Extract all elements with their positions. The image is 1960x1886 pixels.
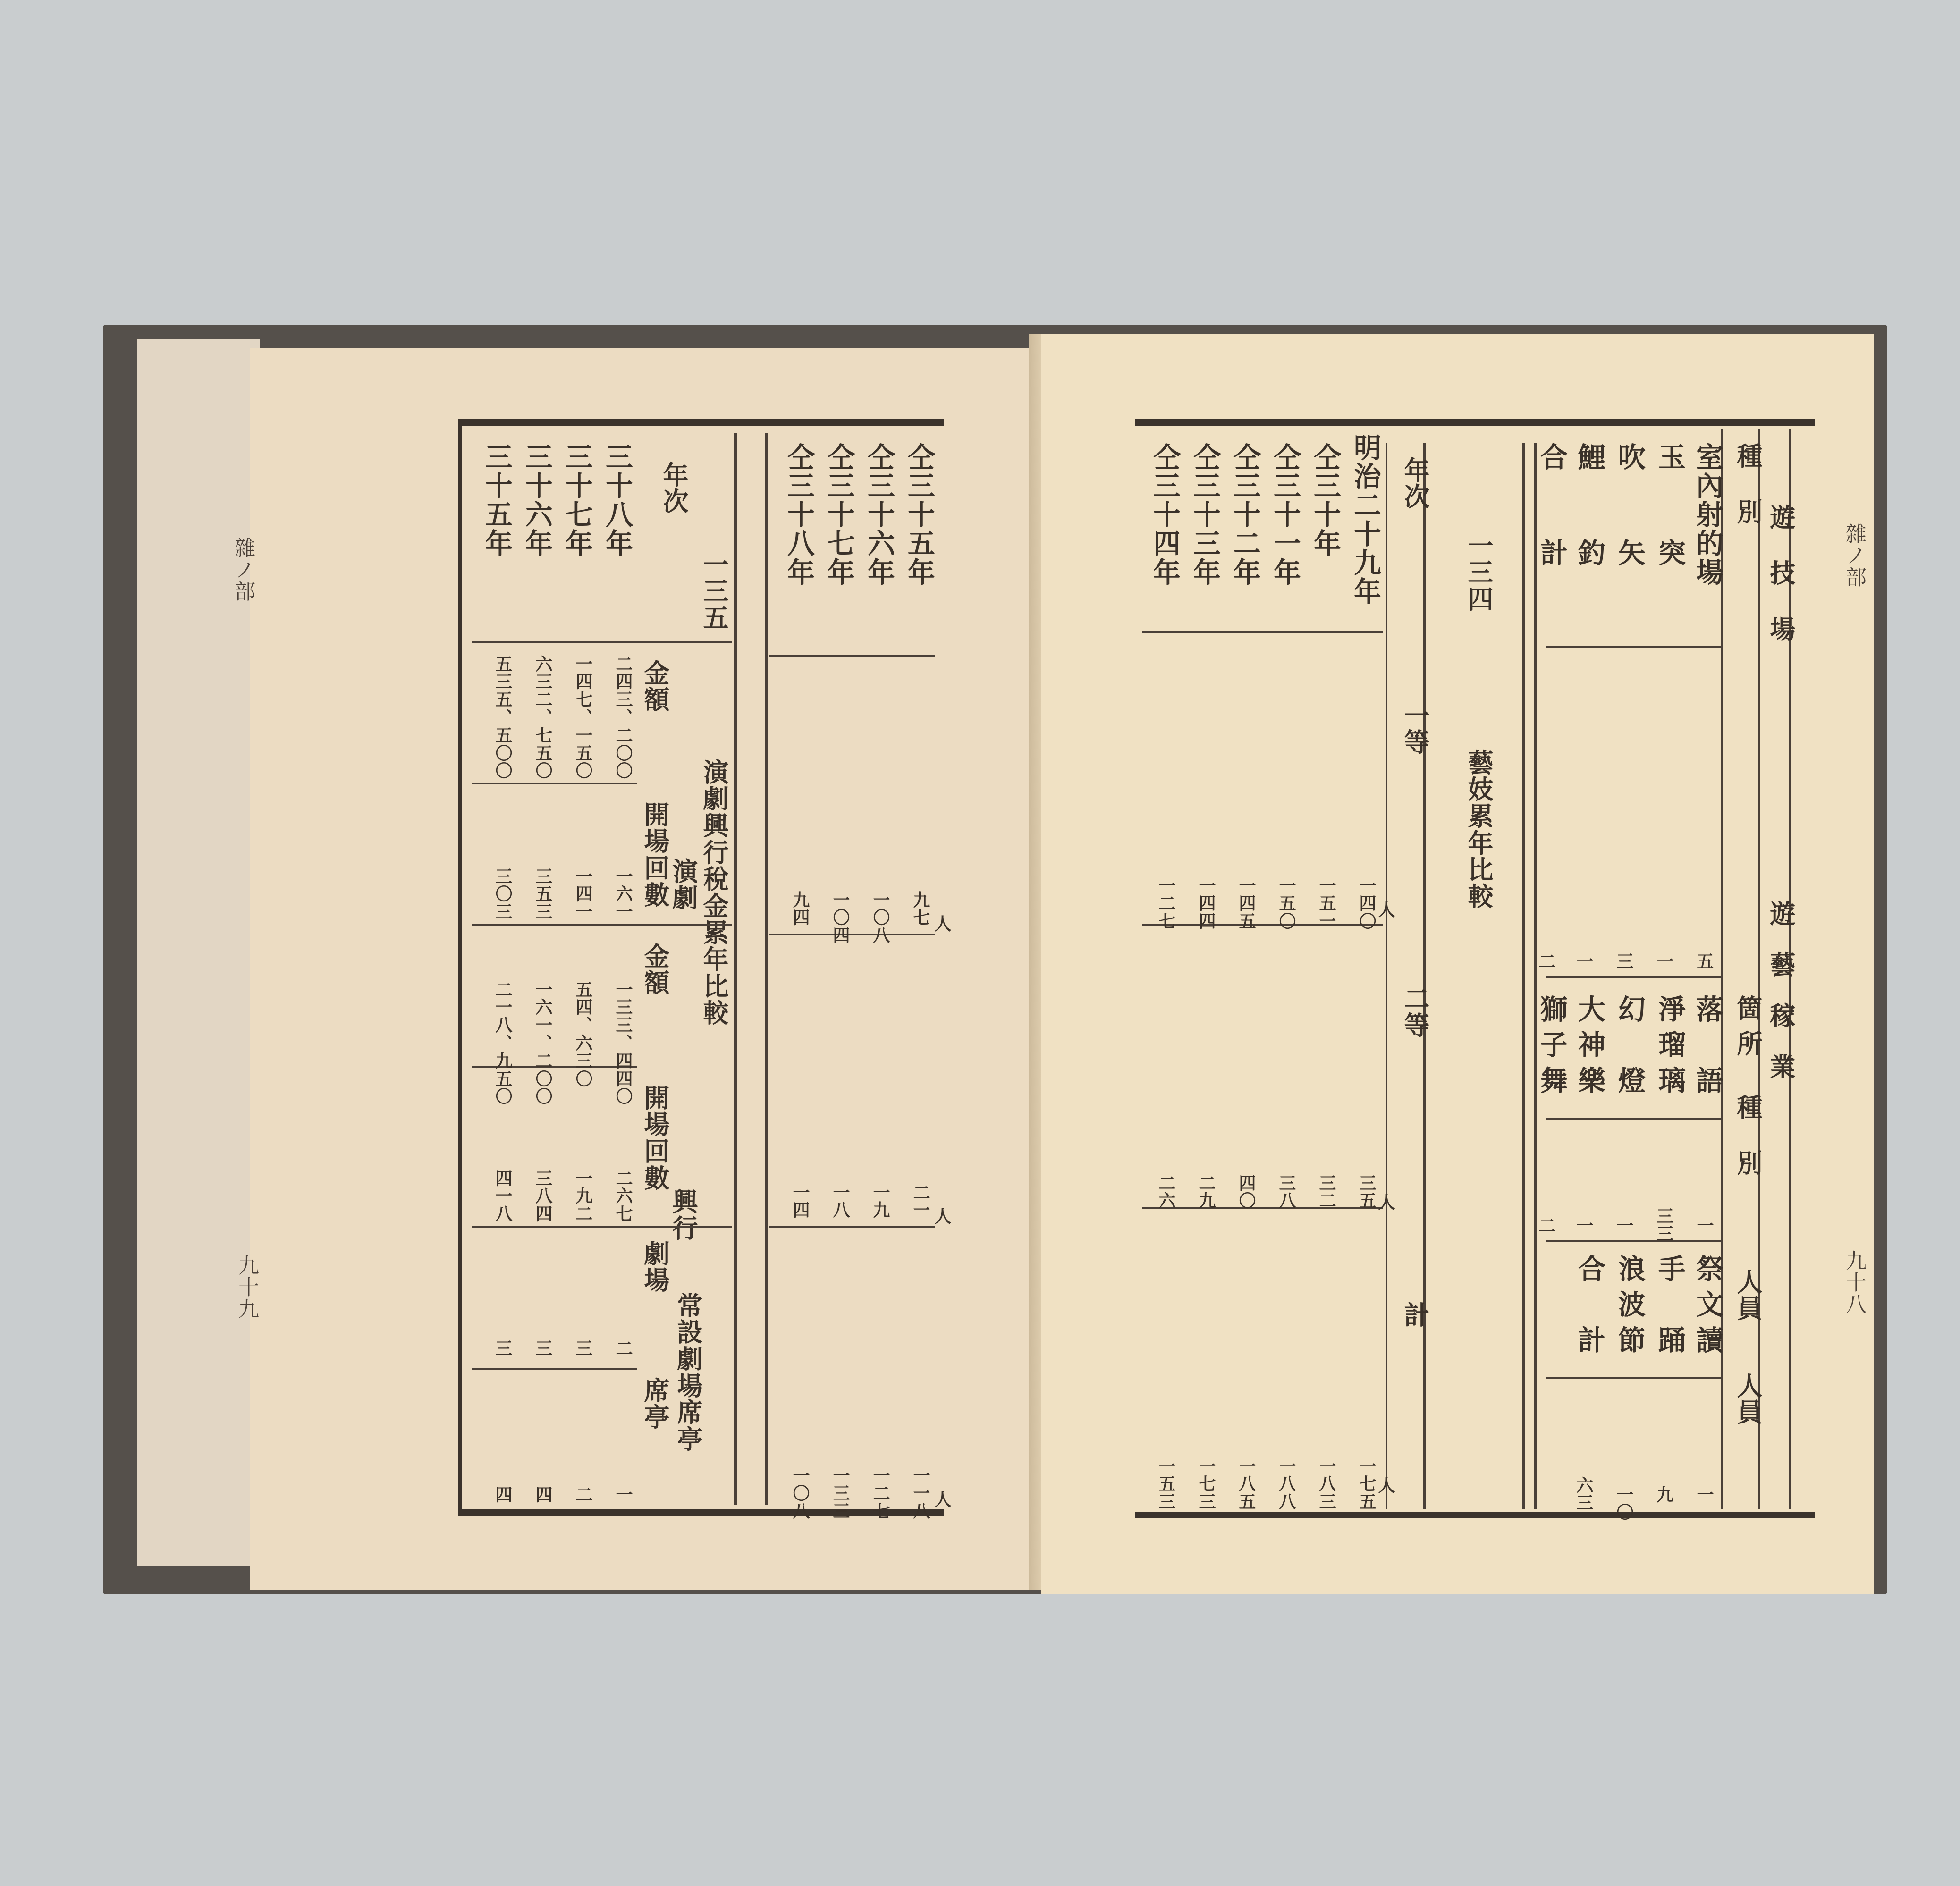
- unit-label: 人: [1374, 1193, 1398, 1211]
- table-bottom-rule: [1135, 1512, 1815, 1518]
- group-label-kogyo: 興行: [666, 1188, 702, 1242]
- value-cell: 一四一: [571, 867, 595, 921]
- kind-label: 種別: [1730, 1094, 1766, 1206]
- divider: [1386, 443, 1387, 1509]
- divider: [472, 641, 732, 643]
- year-cell: 仝三十四年: [1145, 443, 1184, 587]
- value-cell: 二一八、九五〇: [491, 981, 515, 1106]
- table-top-rule: [1135, 419, 1815, 426]
- table-number: 一三五: [696, 551, 733, 631]
- value-cell: 一八: [828, 1184, 853, 1220]
- year-cell: 三十七年: [557, 443, 597, 558]
- year-cell: 仝三十八年: [779, 443, 819, 587]
- page-number-left: 九十九: [231, 1255, 262, 1320]
- table-top-rule: [458, 419, 944, 426]
- value-cell: 一二七: [1154, 877, 1178, 930]
- year-header: 年次: [1397, 457, 1434, 510]
- divider: [1142, 924, 1383, 926]
- kind-cell: 落語: [1688, 995, 1727, 1137]
- section-header-right: 雜ノ部: [1839, 523, 1869, 589]
- row-label: 一等: [1397, 702, 1434, 756]
- unit-label: 人: [1374, 901, 1398, 918]
- value-cell: 一三三、四四〇: [611, 981, 635, 1106]
- divider: [734, 433, 737, 1505]
- value-cell: 四: [531, 1486, 555, 1504]
- kind-cell: 獅子舞: [1532, 995, 1571, 1102]
- kind-cell: 鯉釣: [1570, 443, 1609, 634]
- value-cell: 一四五: [1234, 877, 1259, 930]
- value-cell: 九四: [788, 891, 812, 927]
- table-number: 一三四: [1461, 532, 1497, 613]
- year-cell: 仝三十年: [1305, 443, 1345, 558]
- value-cell: 一六一: [611, 867, 635, 921]
- endpaper: [137, 339, 260, 1566]
- value-cell: 四〇: [1234, 1174, 1259, 1210]
- value-cell: 一五三: [1154, 1457, 1178, 1511]
- value-cell: 三: [531, 1339, 555, 1357]
- col-label: 開場回數: [637, 801, 674, 909]
- year-cell: 仝三十六年: [859, 443, 899, 587]
- year-cell: 三十六年: [517, 443, 557, 558]
- col-label: 金額: [637, 660, 674, 713]
- right-page: 雜ノ部 九十八 仝三十四年 仝三十三年 仝三十二年 仝三十一年 仝三十年 明治二…: [1041, 334, 1874, 1594]
- year-cell: 仝三十一年: [1265, 443, 1305, 587]
- kind-cell: 幻燈: [1610, 995, 1649, 1137]
- col-label: 劇場: [637, 1240, 674, 1294]
- value-cell: 一八八: [1275, 1457, 1299, 1511]
- divider: [769, 655, 935, 657]
- value-cell: 一九: [869, 1184, 893, 1220]
- row-label: 二等: [1397, 985, 1434, 1039]
- value-cell: 九: [1652, 1486, 1676, 1504]
- value-cell: 一: [1572, 1217, 1596, 1235]
- kind-cell: 吹矢: [1610, 443, 1649, 634]
- value-cell: 一七三: [1194, 1457, 1218, 1511]
- value-cell: 三: [571, 1339, 595, 1357]
- year-cell: 三十五年: [477, 443, 516, 558]
- value-cell: 三: [1612, 952, 1636, 970]
- kind-cell: 合計: [1532, 443, 1571, 634]
- value-cell: 一: [1692, 1217, 1716, 1235]
- year-cell: 明治二十九年: [1345, 433, 1385, 606]
- table-title: 藝妓累年比較: [1461, 749, 1497, 910]
- value-cell: 一〇八: [788, 1467, 812, 1520]
- value-cell: 一八五: [1234, 1457, 1259, 1511]
- divider: [472, 924, 732, 926]
- year-cell: 仝三十三年: [1185, 443, 1225, 587]
- value-cell: 一: [1572, 952, 1596, 970]
- value-cell: 三二: [1315, 1174, 1339, 1210]
- value-cell: 四: [491, 1486, 515, 1504]
- year-cell: 仝三十二年: [1225, 443, 1265, 587]
- value-cell: 一五一: [1315, 877, 1339, 930]
- value-cell: 一四: [788, 1184, 812, 1220]
- value-cell: 二一: [909, 1184, 933, 1220]
- value-cell: 二四三、二〇〇: [611, 655, 635, 780]
- year-cell: 仝三十七年: [819, 443, 859, 587]
- value-cell: 一八三: [1315, 1457, 1339, 1511]
- value-cell: 六三二、七五〇: [531, 655, 555, 780]
- kind-cell: 室內射的場: [1688, 443, 1727, 587]
- value-cell: 二: [1534, 952, 1558, 970]
- value-cell: 五三五、五〇〇: [491, 655, 515, 780]
- value-cell: 一〇八: [869, 891, 893, 944]
- value-cell: 一三三: [828, 1467, 853, 1520]
- col-label: 金額: [637, 943, 674, 996]
- value-cell: 一〇: [1612, 1486, 1636, 1522]
- value-cell: 三: [491, 1339, 515, 1357]
- unit-label: 人: [930, 1207, 954, 1225]
- value-cell: 三三: [1652, 1207, 1676, 1243]
- value-cell: 三〇三: [491, 867, 515, 921]
- table-left-rule: [458, 424, 462, 1512]
- divider: [472, 783, 637, 784]
- section-header-left: 雜ノ部: [228, 537, 258, 603]
- kind-cell: 大神樂: [1570, 995, 1609, 1102]
- value-cell: 二: [571, 1486, 595, 1504]
- row-label: 計: [1397, 1302, 1434, 1329]
- kind-cell: 浪波節: [1610, 1255, 1649, 1361]
- page-number-right: 九十八: [1839, 1250, 1869, 1315]
- value-cell: 三八: [1275, 1174, 1299, 1210]
- value-cell: 一二七: [869, 1467, 893, 1520]
- value-cell: 一四四: [1194, 877, 1218, 930]
- col-label: 開場回數: [637, 1085, 674, 1192]
- unit-label: 人: [930, 1490, 954, 1508]
- kind-cell: 祭文讀: [1688, 1255, 1727, 1361]
- value-cell: 五四、六三〇: [571, 981, 595, 1088]
- divider: [1142, 631, 1383, 633]
- divider: [1546, 646, 1721, 648]
- year-cell: 三十八年: [597, 443, 637, 558]
- value-cell: 一〇四: [828, 891, 853, 944]
- value-cell: 一: [1692, 1486, 1716, 1504]
- divider: [1758, 429, 1760, 1509]
- value-cell: 一九二: [571, 1170, 595, 1223]
- divider: [1142, 1207, 1383, 1209]
- divider: [1522, 443, 1525, 1509]
- divider: [1546, 1240, 1721, 1242]
- value-cell: 一一八: [909, 1467, 933, 1520]
- divider: [1423, 443, 1426, 1509]
- divider: [472, 1226, 732, 1228]
- value-cell: 四一八: [491, 1170, 515, 1223]
- value-cell: 一六一、二〇〇: [531, 981, 555, 1106]
- divider: [769, 1226, 935, 1228]
- year-cell: 仝三十五年: [899, 443, 939, 587]
- value-cell: 二九: [1194, 1174, 1218, 1210]
- kind-cell: 手踊: [1650, 1255, 1690, 1397]
- col-label: 席亭: [637, 1377, 674, 1431]
- value-cell: 二: [1534, 1217, 1558, 1235]
- value-cell: 五: [1692, 952, 1716, 970]
- group-label-jousetsu: 常設劇場席亭: [670, 1292, 707, 1453]
- value-cell: 一五〇: [1275, 877, 1299, 930]
- left-page: 雜ノ部 九十九 三十五年 三十六年 三十七年 三十八年 年次 一三五 演劇興行稅…: [250, 348, 1034, 1590]
- value-cell: 一: [1612, 1217, 1636, 1235]
- unit-label: 人: [1374, 1476, 1398, 1494]
- unit-label: 人: [930, 915, 954, 933]
- divider: [765, 433, 768, 1505]
- value-cell: 一: [611, 1486, 635, 1504]
- value-cell: 二: [611, 1339, 635, 1357]
- value-cell: 三八四: [531, 1170, 555, 1223]
- kind-cell: 玉突: [1650, 443, 1690, 634]
- person-label: 人員: [1730, 1269, 1766, 1322]
- divider: [472, 1368, 637, 1370]
- kind-label: 種別: [1730, 443, 1766, 555]
- value-cell: 三五三: [531, 867, 555, 921]
- kind-cell: 合計: [1570, 1255, 1609, 1397]
- value-cell: 一: [1652, 952, 1676, 970]
- value-cell: 二六: [1154, 1174, 1178, 1210]
- count-label: 箇所: [1730, 995, 1766, 1066]
- value-cell: 九七: [909, 891, 933, 927]
- title-performers: 遊藝稼業: [1763, 901, 1799, 1104]
- value-cell: 一四七、一五〇: [571, 655, 595, 780]
- value-cell: 二六七: [611, 1170, 635, 1223]
- kind-cell: 淨瑠璃: [1650, 995, 1690, 1102]
- divider: [1546, 976, 1721, 978]
- value-cell: 六三: [1572, 1476, 1596, 1512]
- person-label: 人員: [1730, 1372, 1766, 1426]
- title-game-halls: 遊技場: [1763, 504, 1799, 672]
